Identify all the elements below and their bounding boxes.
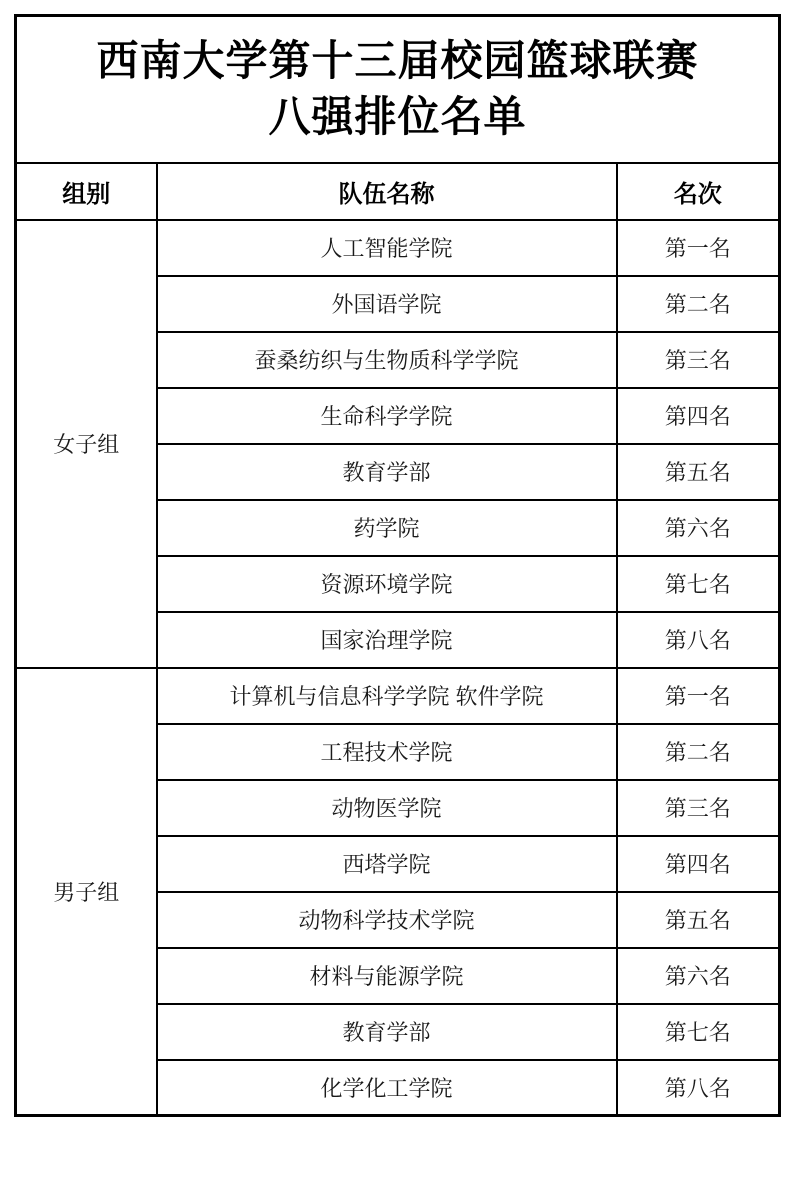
title-line-2: 八强排位名单 (21, 89, 774, 145)
table-row: 女子组 人工智能学院 第一名 (16, 220, 780, 276)
header-row: 组别 队伍名称 名次 (16, 163, 780, 220)
team-name: 材料与能源学院 (157, 948, 617, 1004)
header-team: 队伍名称 (157, 163, 617, 220)
rank-value: 第六名 (617, 948, 780, 1004)
team-name: 蚕桑纺织与生物质科学学院 (157, 332, 617, 388)
rank-value: 第二名 (617, 276, 780, 332)
team-name: 教育学部 (157, 1004, 617, 1060)
rank-value: 第三名 (617, 780, 780, 836)
team-name: 动物科学技术学院 (157, 892, 617, 948)
team-name: 教育学部 (157, 444, 617, 500)
document-page: 西南大学第十三届校园篮球联赛 八强排位名单 组别 队伍名称 名次 女子组 人工智… (0, 0, 792, 1204)
title-row: 西南大学第十三届校园篮球联赛 八强排位名单 (16, 16, 780, 163)
team-name: 动物医学院 (157, 780, 617, 836)
header-rank: 名次 (617, 163, 780, 220)
rank-value: 第五名 (617, 892, 780, 948)
rank-value: 第六名 (617, 500, 780, 556)
rank-value: 第五名 (617, 444, 780, 500)
rank-value: 第一名 (617, 668, 780, 724)
group-label-women: 女子组 (16, 220, 157, 668)
rank-value: 第七名 (617, 1004, 780, 1060)
title-line-1: 西南大学第十三届校园篮球联赛 (21, 33, 774, 89)
team-name: 工程技术学院 (157, 724, 617, 780)
rank-value: 第八名 (617, 1060, 780, 1116)
rank-value: 第四名 (617, 836, 780, 892)
rank-value: 第八名 (617, 612, 780, 668)
team-name: 计算机与信息科学学院 软件学院 (157, 668, 617, 724)
rank-value: 第二名 (617, 724, 780, 780)
rank-value: 第一名 (617, 220, 780, 276)
team-name: 资源环境学院 (157, 556, 617, 612)
document-title: 西南大学第十三届校园篮球联赛 八强排位名单 (16, 16, 780, 163)
team-name: 国家治理学院 (157, 612, 617, 668)
team-name: 西塔学院 (157, 836, 617, 892)
team-name: 人工智能学院 (157, 220, 617, 276)
header-group: 组别 (16, 163, 157, 220)
rank-value: 第四名 (617, 388, 780, 444)
team-name: 化学化工学院 (157, 1060, 617, 1116)
team-name: 外国语学院 (157, 276, 617, 332)
ranking-table: 西南大学第十三届校园篮球联赛 八强排位名单 组别 队伍名称 名次 女子组 人工智… (14, 14, 781, 1117)
team-name: 药学院 (157, 500, 617, 556)
team-name: 生命科学学院 (157, 388, 617, 444)
rank-value: 第三名 (617, 332, 780, 388)
group-label-men: 男子组 (16, 668, 157, 1116)
table-row: 男子组 计算机与信息科学学院 软件学院 第一名 (16, 668, 780, 724)
rank-value: 第七名 (617, 556, 780, 612)
